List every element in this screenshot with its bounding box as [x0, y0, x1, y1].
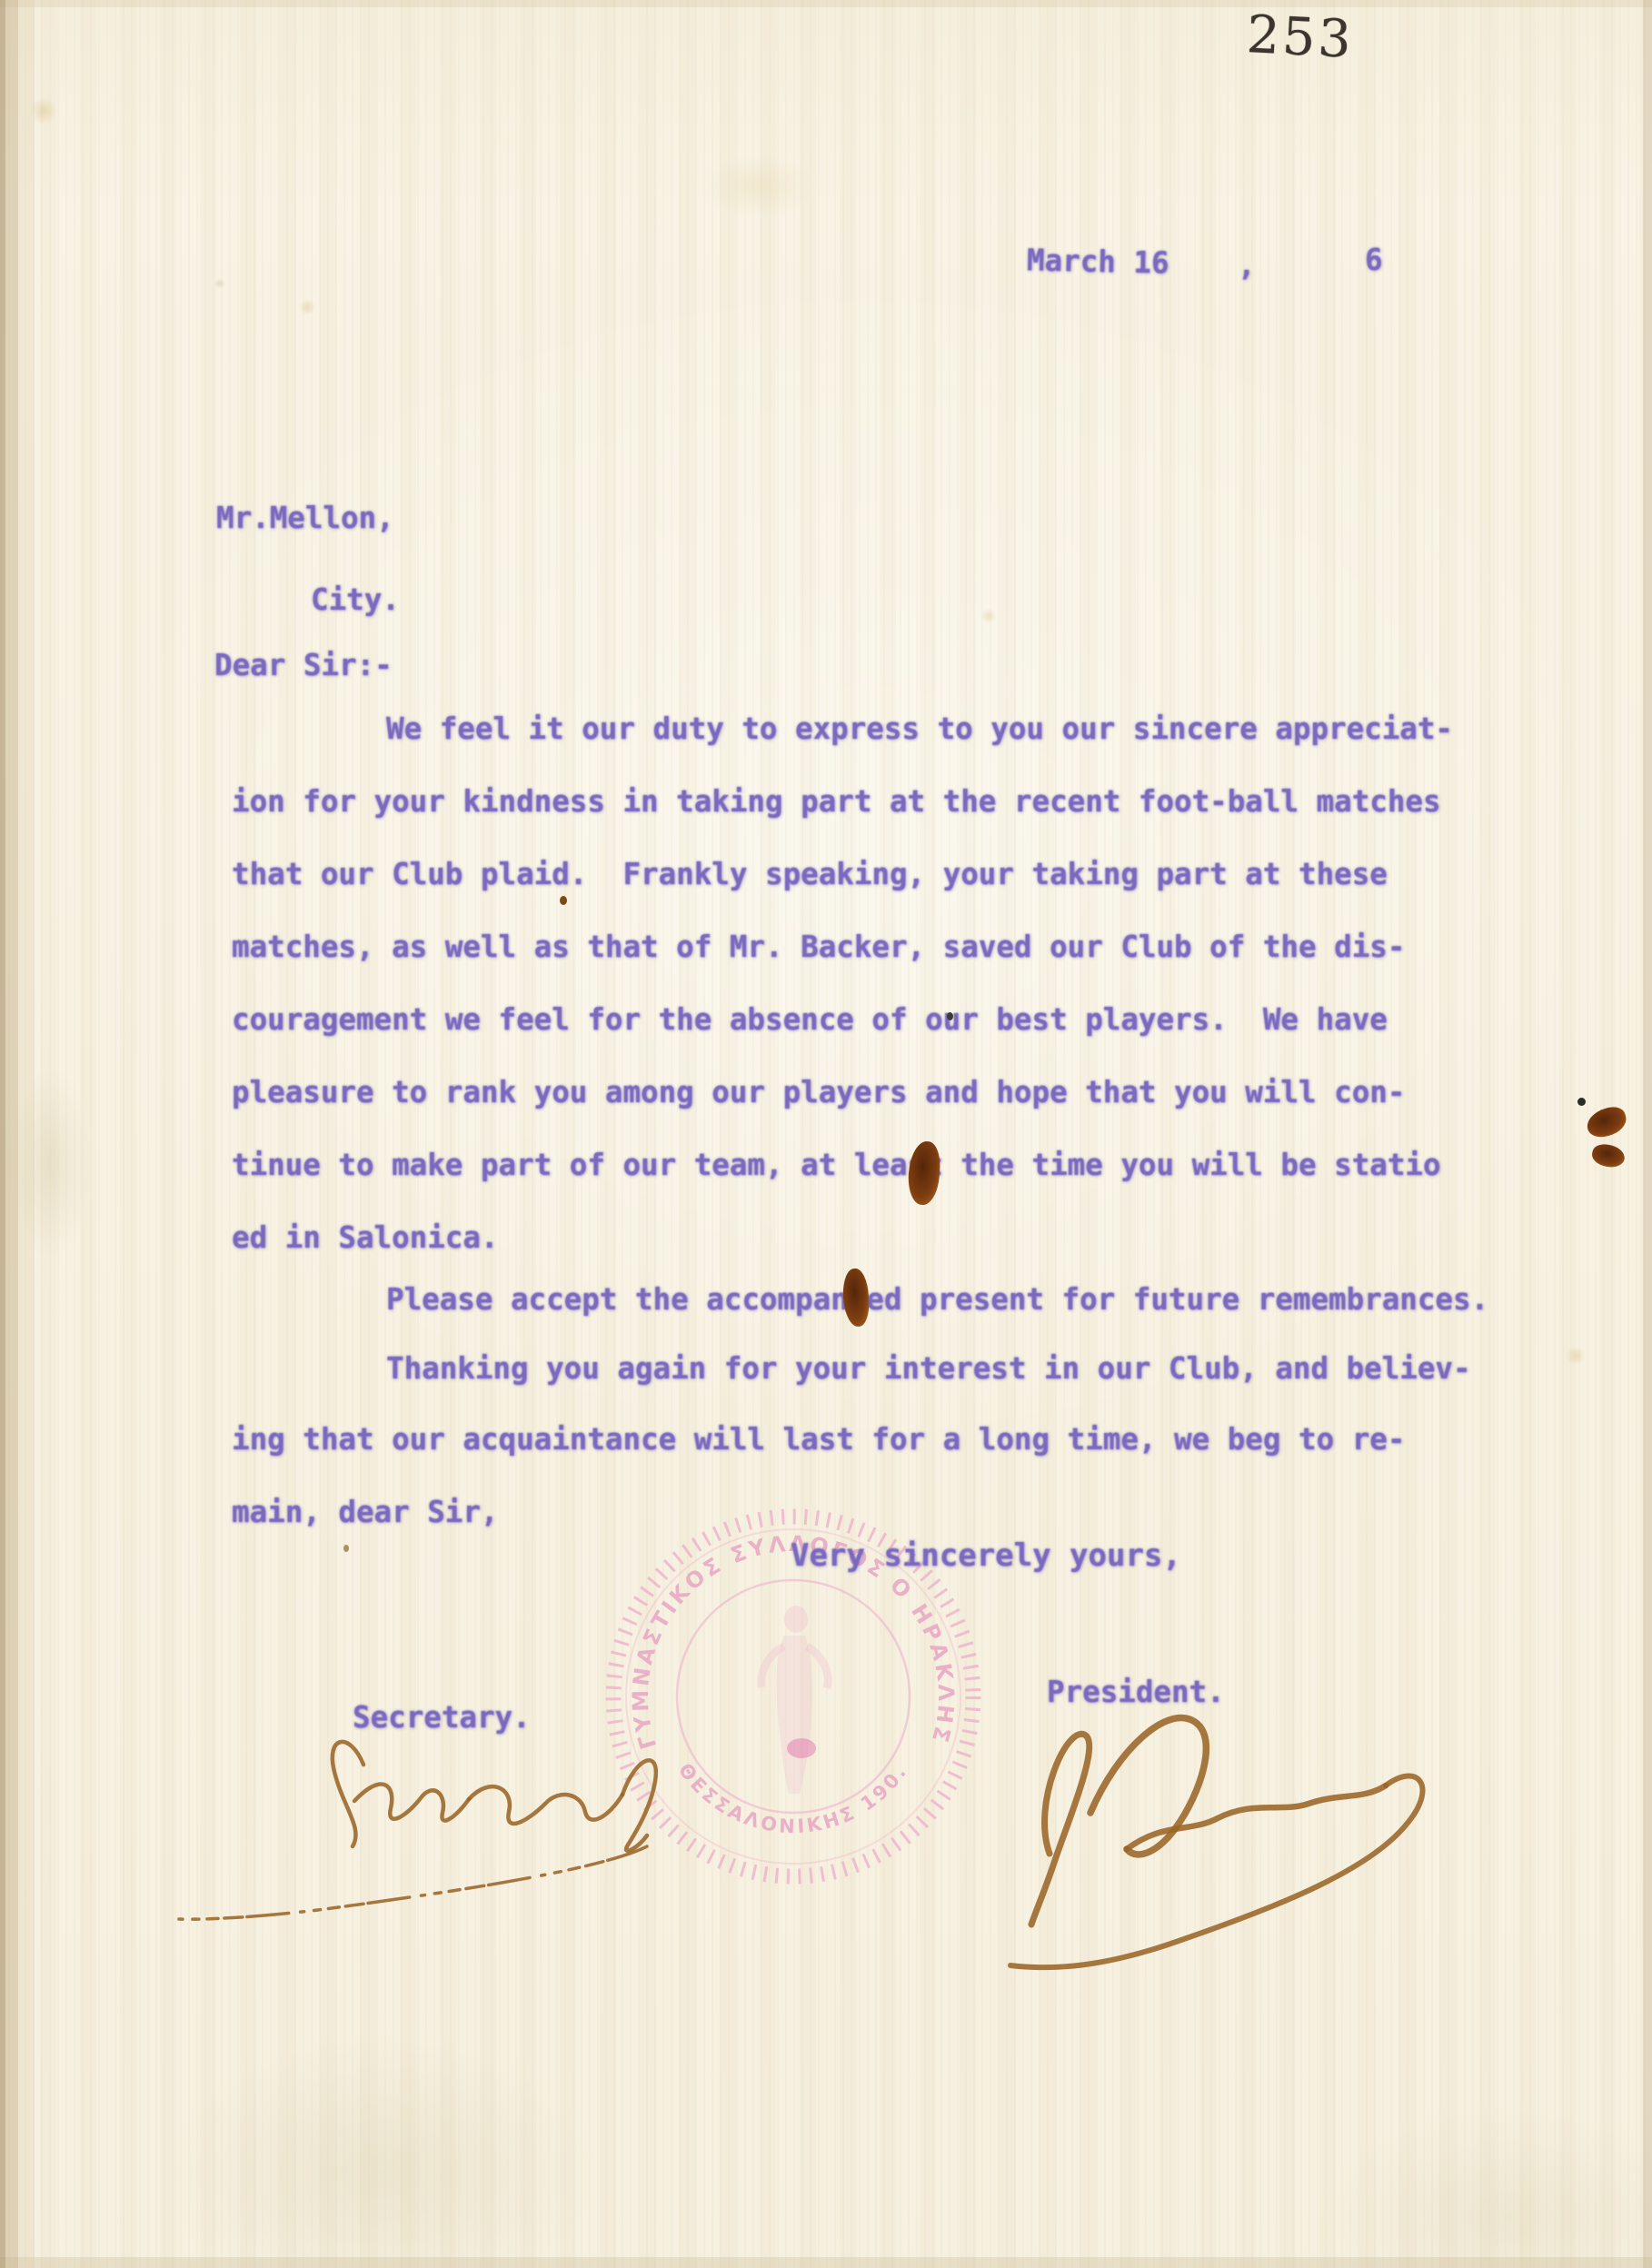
ink-blot — [1584, 1104, 1629, 1140]
date-year-digit: 6 — [1365, 242, 1383, 278]
salutation: Dear Sir:- — [214, 647, 393, 683]
ink-speck — [947, 1012, 953, 1020]
letter-page: 253 March 16 , 6 Mr.Mellon, City. Dear S… — [0, 0, 1652, 2268]
body-line: main, dear Sir, — [232, 1494, 499, 1530]
date-month-day: March 16 — [1027, 242, 1169, 281]
closing-line: Very sincerely yours, — [791, 1537, 1181, 1574]
body-line: ion for your kindness in taking part at … — [232, 783, 1441, 820]
body-line: We feel it our duty to express to you ou… — [232, 711, 1453, 747]
ink-speck — [560, 896, 567, 905]
body-line: ing that our acquaintance will last for … — [232, 1421, 1405, 1457]
body-line: couragement we feel for the absence of o… — [232, 1001, 1388, 1038]
body-line: that our Club plaid. Frankly speaking, y… — [232, 856, 1388, 892]
ink-speck — [343, 1545, 349, 1552]
recipient-city: City. — [311, 582, 400, 618]
hercules-figure — [761, 1606, 828, 1794]
ink-blot — [841, 1268, 870, 1327]
body-line: pleasure to rank you among our players a… — [232, 1074, 1405, 1110]
page-number: 253 — [1245, 5, 1355, 70]
secretary-signature — [91, 1708, 745, 1945]
stamp-smudge — [787, 1738, 816, 1758]
date-comma: , — [1238, 247, 1256, 283]
body-line: Thanking you again for your interest in … — [232, 1350, 1471, 1387]
body-line: tinue to make part of our team, at least… — [232, 1147, 1441, 1183]
ink-blot — [1590, 1142, 1627, 1169]
body-line: ed in Salonica. — [232, 1219, 499, 1256]
recipient-name: Mr.Mellon, — [216, 500, 394, 536]
body-line: matches, as well as that of Mr. Backer, … — [232, 929, 1405, 965]
ink-speck — [1577, 1098, 1586, 1106]
president-signature — [981, 1667, 1527, 1967]
